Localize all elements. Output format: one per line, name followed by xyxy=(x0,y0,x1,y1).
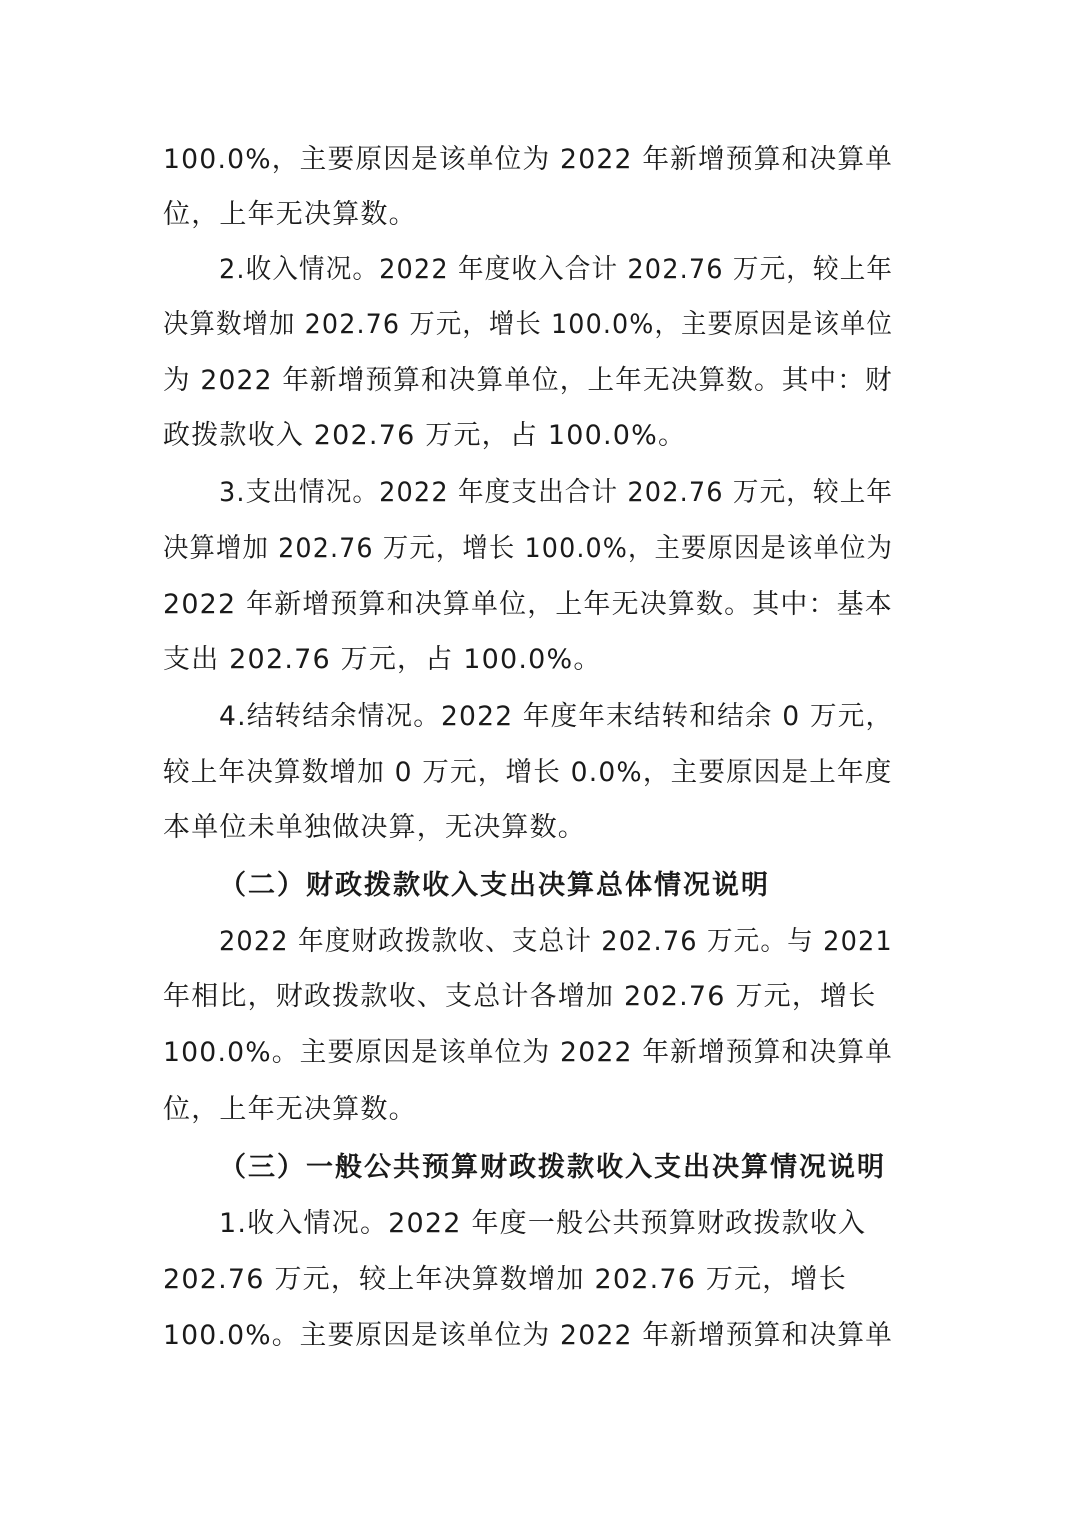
paragraph-line: 100.0%。主要原因是该单位为 2022 年新增预算和决算单 xyxy=(163,1319,893,1353)
paragraph-line: 2022 年新增预算和决算单位，上年无决算数。其中：基本 xyxy=(163,588,893,622)
paragraph-line: 年相比，财政拨款收、支总计各增加 202.76 万元，增长 xyxy=(163,980,876,1014)
paragraph-line: 位，上年无决算数。 xyxy=(163,198,417,232)
paragraph-line: 4.结转结余情况。2022 年度年末结转和结余 0 万元， xyxy=(219,700,893,734)
paragraph-line: 为 2022 年新增预算和决算单位，上年无决算数。其中：财 xyxy=(163,364,893,398)
section-heading: （三）一般公共预算财政拨款收入支出决算情况说明 xyxy=(219,1151,886,1185)
paragraph-line: 支出 202.76 万元，占 100.0%。 xyxy=(163,643,602,677)
paragraph-line: 3.支出情况。2022 年度支出合计 202.76 万元，较上年 xyxy=(219,476,893,510)
paragraph-line: 本单位未单独做决算，无决算数。 xyxy=(163,811,586,845)
paragraph-line: 100.0%。主要原因是该单位为 2022 年新增预算和决算单 xyxy=(163,1036,893,1070)
paragraph-line: 2.收入情况。2022 年度收入合计 202.76 万元，较上年 xyxy=(219,253,893,287)
paragraph-line: 1.收入情况。2022 年度一般公共预算财政拨款收入 xyxy=(219,1207,866,1241)
paragraph-line: 决算数增加 202.76 万元，增长 100.0%，主要原因是该单位 xyxy=(163,308,893,342)
paragraph-line: 较上年决算数增加 0 万元，增长 0.0%，主要原因是上年度 xyxy=(163,756,893,790)
paragraph-line: 政拨款收入 202.76 万元，占 100.0%。 xyxy=(163,419,686,453)
paragraph-line: 位，上年无决算数。 xyxy=(163,1093,417,1127)
paragraph-line: 决算增加 202.76 万元，增长 100.0%，主要原因是该单位为 xyxy=(163,532,893,566)
document-page: 100.0%，主要原因是该单位为 2022 年新增预算和决算单 位，上年无决算数… xyxy=(0,0,1075,1521)
paragraph-line: 202.76 万元，较上年决算数增加 202.76 万元，增长 xyxy=(163,1263,847,1297)
section-heading: （二）财政拨款收入支出决算总体情况说明 xyxy=(219,869,770,903)
paragraph-line: 100.0%，主要原因是该单位为 2022 年新增预算和决算单 xyxy=(163,143,893,177)
paragraph-line: 2022 年度财政拨款收、支总计 202.76 万元。与 2021 xyxy=(219,925,893,959)
